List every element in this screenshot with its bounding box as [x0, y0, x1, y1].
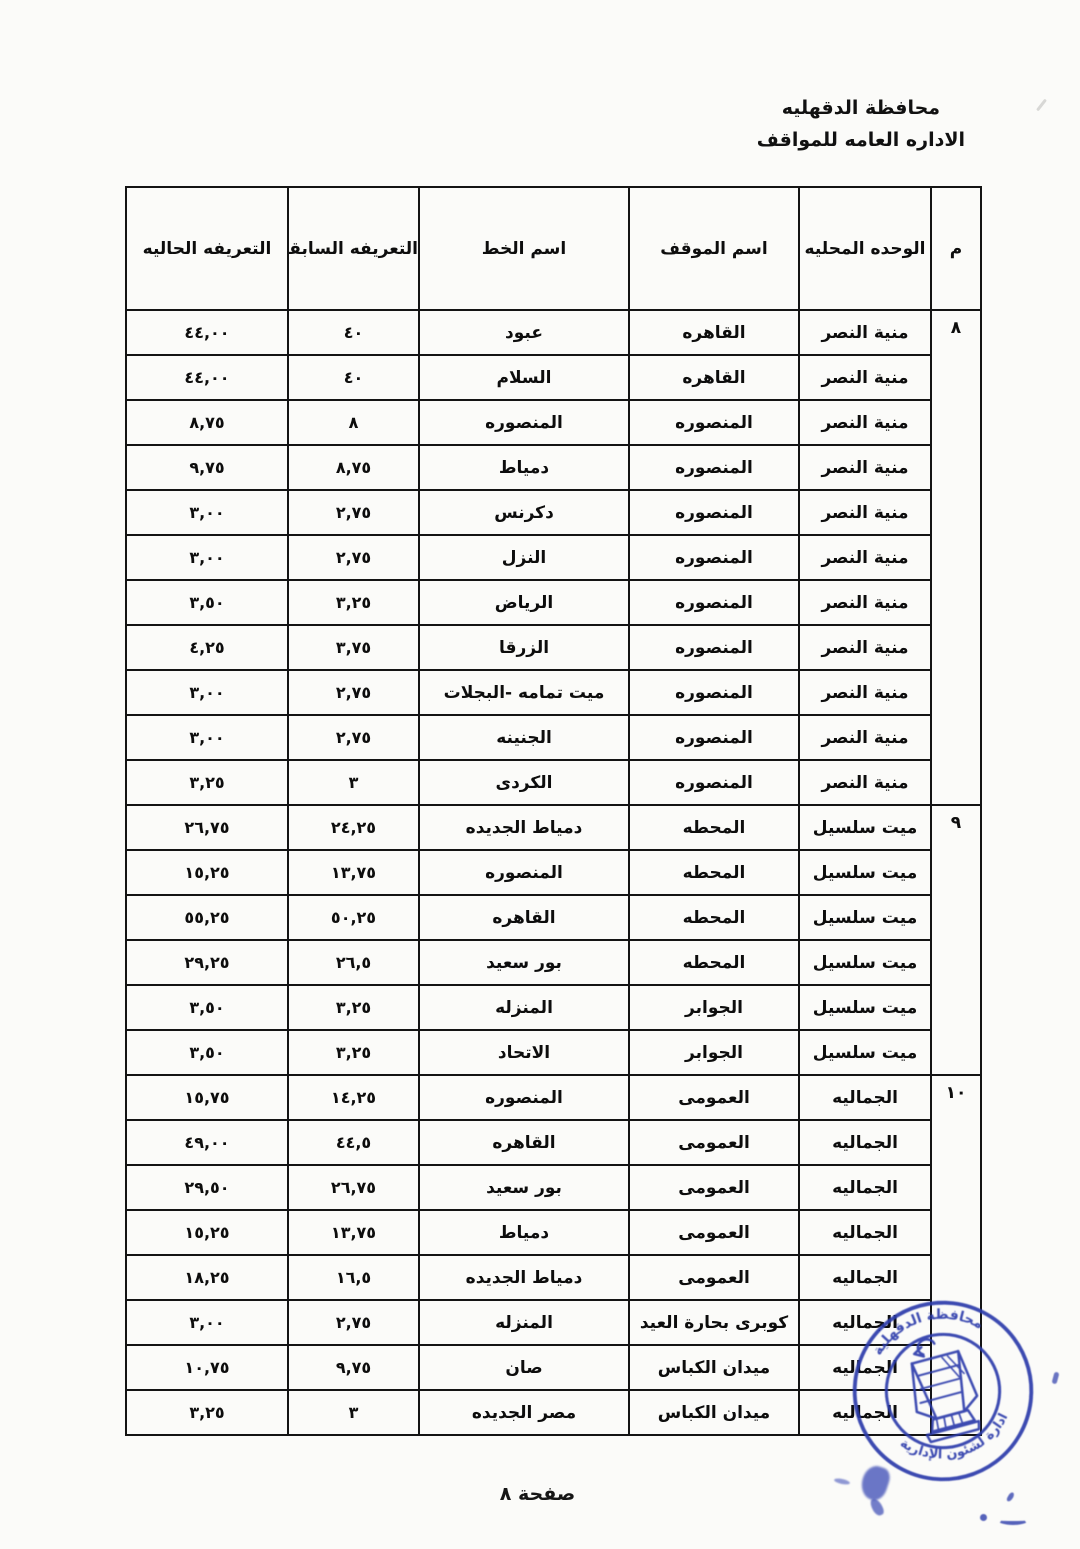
station-cell: المنصوره [629, 760, 799, 805]
curr-tariff-cell: ٣,٠٠ [126, 1300, 288, 1345]
curr-tariff-cell: ١٨,٢٥ [126, 1255, 288, 1300]
ink-smudge [1052, 1372, 1060, 1385]
unit-cell: ميت سلسيل [799, 895, 931, 940]
line-cell: دمياط [419, 1210, 629, 1255]
line-cell: مصر الجديده [419, 1390, 629, 1435]
scan-artifact [1036, 99, 1047, 112]
unit-cell: الجماليه [799, 1165, 931, 1210]
line-cell: الاتحاد [419, 1030, 629, 1075]
table-row: منية النصرالمنصورهالرياض٣,٢٥٣,٥٠ [126, 580, 981, 625]
unit-cell: منية النصر [799, 490, 931, 535]
station-cell: القاهره [629, 310, 799, 355]
prev-tariff-cell: ١٣,٧٥ [288, 1210, 419, 1255]
prev-tariff-cell: ٥٠,٢٥ [288, 895, 419, 940]
table-row: منية النصرالمنصورهميت تمامه -البجلات٢,٧٥… [126, 670, 981, 715]
ink-smudge [980, 1514, 987, 1521]
unit-cell: منية النصر [799, 400, 931, 445]
prev-tariff-cell: ٩,٧٥ [288, 1345, 419, 1390]
unit-cell: منية النصر [799, 535, 931, 580]
line-cell: دكرنس [419, 490, 629, 535]
table-row: الجماليهكوبرى بحارة العيدالمنزله٢,٧٥٣,٠٠ [126, 1300, 981, 1345]
page-number: صفحة ٨ [455, 1483, 620, 1505]
curr-tariff-cell: ١٥,٧٥ [126, 1075, 288, 1120]
unit-cell: الجماليه [799, 1120, 931, 1165]
col-header-line: اسم الخط [419, 187, 629, 310]
curr-tariff-cell: ٤,٢٥ [126, 625, 288, 670]
col-header-curr-tariff: التعريفه الحاليه [126, 187, 288, 310]
curr-tariff-cell: ٣,٥٠ [126, 1030, 288, 1075]
line-cell: ميت تمامه -البجلات [419, 670, 629, 715]
station-cell: ميدان الكباس [629, 1390, 799, 1435]
ink-smudge [998, 1516, 1028, 1525]
unit-cell: الجماليه [799, 1255, 931, 1300]
station-cell: العمومى [629, 1075, 799, 1120]
line-cell: بور سعيد [419, 1165, 629, 1210]
tariff-table-body: ٨منية النصرالقاهرهعبود٤٠٤٤,٠٠منية النصرا… [126, 310, 981, 1435]
line-cell: الجنينه [419, 715, 629, 760]
page-root: { "letterhead": { "line1": "محافظة الدقه… [0, 0, 1080, 1549]
table-row: منية النصرالمنصورهالنزل٢,٧٥٣,٠٠ [126, 535, 981, 580]
prev-tariff-cell: ١٤,٢٥ [288, 1075, 419, 1120]
table-row: ١٠الجماليهالعمومىالمنصوره١٤,٢٥١٥,٧٥ [126, 1075, 981, 1120]
curr-tariff-cell: ٣,٢٥ [126, 1390, 288, 1435]
curr-tariff-cell: ١٠,٧٥ [126, 1345, 288, 1390]
line-cell: المنزله [419, 985, 629, 1030]
curr-tariff-cell: ٤٤,٠٠ [126, 310, 288, 355]
unit-cell: منية النصر [799, 580, 931, 625]
table-row: ٨منية النصرالقاهرهعبود٤٠٤٤,٠٠ [126, 310, 981, 355]
prev-tariff-cell: ٢٦,٧٥ [288, 1165, 419, 1210]
unit-cell: منية النصر [799, 310, 931, 355]
curr-tariff-cell: ٣,٠٠ [126, 670, 288, 715]
table-row: منية النصرالمنصورهدمياط٨,٧٥٩,٧٥ [126, 445, 981, 490]
col-header-prev-tariff: التعريفه السابقه [288, 187, 419, 310]
prev-tariff-cell: ٢٦,٥ [288, 940, 419, 985]
letterhead: محافظة الدقهليه الاداره العامه للمواقف [757, 92, 965, 157]
station-cell: العمومى [629, 1165, 799, 1210]
prev-tariff-cell: ٢,٧٥ [288, 670, 419, 715]
unit-cell: الجماليه [799, 1300, 931, 1345]
prev-tariff-cell: ٣,٢٥ [288, 985, 419, 1030]
curr-tariff-cell: ٢٦,٧٥ [126, 805, 288, 850]
station-cell: المنصوره [629, 535, 799, 580]
curr-tariff-cell: ٨,٧٥ [126, 400, 288, 445]
line-cell: الزرقا [419, 625, 629, 670]
prev-tariff-cell: ٤٠ [288, 310, 419, 355]
station-cell: المنصوره [629, 445, 799, 490]
station-cell: الجوابر [629, 1030, 799, 1075]
station-cell: المحطه [629, 895, 799, 940]
unit-cell: الجماليه [799, 1075, 931, 1120]
line-cell: عبود [419, 310, 629, 355]
line-cell: المنصوره [419, 1075, 629, 1120]
unit-cell: منية النصر [799, 715, 931, 760]
curr-tariff-cell: ٩,٧٥ [126, 445, 288, 490]
station-cell: العمومى [629, 1210, 799, 1255]
prev-tariff-cell: ١٣,٧٥ [288, 850, 419, 895]
station-cell: المنصوره [629, 490, 799, 535]
table-row: منية النصرالمنصورهالمنصوره٨٨,٧٥ [126, 400, 981, 445]
station-cell: ميدان الكباس [629, 1345, 799, 1390]
curr-tariff-cell: ٣,٠٠ [126, 535, 288, 580]
curr-tariff-cell: ٤٤,٠٠ [126, 355, 288, 400]
line-cell: المنزله [419, 1300, 629, 1345]
line-cell: المنصوره [419, 850, 629, 895]
table-row: الجماليهالعمومىالقاهره٤٤,٥٤٩,٠٠ [126, 1120, 981, 1165]
table-row: منية النصرالمنصورهالزرقا٣,٧٥٤,٢٥ [126, 625, 981, 670]
prev-tariff-cell: ٣ [288, 760, 419, 805]
line-cell: الكردى [419, 760, 629, 805]
line-cell: دمياط الجديده [419, 805, 629, 850]
prev-tariff-cell: ٢,٧٥ [288, 1300, 419, 1345]
table-row: الجماليهالعمومىدمياط الجديده١٦,٥١٨,٢٥ [126, 1255, 981, 1300]
table-row: الجماليهالعمومىدمياط١٣,٧٥١٥,٢٥ [126, 1210, 981, 1255]
prev-tariff-cell: ٤٠ [288, 355, 419, 400]
station-cell: المحطه [629, 850, 799, 895]
unit-cell: منية النصر [799, 670, 931, 715]
table-header-row: م الوحده المحليه اسم الموقف اسم الخط الت… [126, 187, 981, 310]
station-cell: المحطه [629, 805, 799, 850]
curr-tariff-cell: ٢٩,٥٠ [126, 1165, 288, 1210]
prev-tariff-cell: ٢٤,٢٥ [288, 805, 419, 850]
curr-tariff-cell: ٢٩,٢٥ [126, 940, 288, 985]
scanned-document-page: محافظة الدقهليه الاداره العامه للمواقف م… [0, 0, 1080, 1549]
line-cell: المنصوره [419, 400, 629, 445]
unit-cell: منية النصر [799, 760, 931, 805]
line-cell: دمياط [419, 445, 629, 490]
table-row: ميت سلسيلالمحطهبور سعيد٢٦,٥٢٩,٢٥ [126, 940, 981, 985]
line-cell: دمياط الجديده [419, 1255, 629, 1300]
station-cell: المنصوره [629, 580, 799, 625]
curr-tariff-cell: ٣,٠٠ [126, 715, 288, 760]
station-cell: العمومى [629, 1120, 799, 1165]
unit-cell: ميت سلسيل [799, 940, 931, 985]
unit-cell: ميت سلسيل [799, 850, 931, 895]
table-row: منية النصرالمنصورهالجنينه٢,٧٥٣,٠٠ [126, 715, 981, 760]
curr-tariff-cell: ٣,٠٠ [126, 490, 288, 535]
letterhead-department: الاداره العامه للمواقف [757, 124, 965, 156]
table-row: منية النصرالقاهرهالسلام٤٠٤٤,٠٠ [126, 355, 981, 400]
unit-cell: منية النصر [799, 625, 931, 670]
prev-tariff-cell: ٢,٧٥ [288, 535, 419, 580]
unit-cell: الجماليه [799, 1210, 931, 1255]
line-cell: بور سعيد [419, 940, 629, 985]
station-cell: المحطه [629, 940, 799, 985]
station-cell: كوبرى بحارة العيد [629, 1300, 799, 1345]
table-row: ميت سلسيلالجوابرالمنزله٣,٢٥٣,٥٠ [126, 985, 981, 1030]
table-row: الجماليهالعمومىبور سعيد٢٦,٧٥٢٩,٥٠ [126, 1165, 981, 1210]
prev-tariff-cell: ٨ [288, 400, 419, 445]
col-header-serial: م [931, 187, 981, 310]
prev-tariff-cell: ٣,٢٥ [288, 580, 419, 625]
unit-cell: الجماليه [799, 1345, 931, 1390]
tariff-table-container: م الوحده المحليه اسم الموقف اسم الخط الت… [127, 186, 982, 1436]
prev-tariff-cell: ١٦,٥ [288, 1255, 419, 1300]
line-cell: النزل [419, 535, 629, 580]
curr-tariff-cell: ٣,٥٠ [126, 580, 288, 625]
unit-cell: الجماليه [799, 1390, 931, 1435]
curr-tariff-cell: ٣,٢٥ [126, 760, 288, 805]
station-cell: الجوابر [629, 985, 799, 1030]
line-cell: القاهره [419, 1120, 629, 1165]
unit-cell: منية النصر [799, 355, 931, 400]
station-cell: المنصوره [629, 670, 799, 715]
table-row: ٩ميت سلسيلالمحطهدمياط الجديده٢٤,٢٥٢٦,٧٥ [126, 805, 981, 850]
line-cell: صان [419, 1345, 629, 1390]
prev-tariff-cell: ٣,٧٥ [288, 625, 419, 670]
col-header-station: اسم الموقف [629, 187, 799, 310]
prev-tariff-cell: ٢,٧٥ [288, 490, 419, 535]
unit-cell: ميت سلسيل [799, 1030, 931, 1075]
table-row: ميت سلسيلالمحطهالمنصوره١٣,٧٥١٥,٢٥ [126, 850, 981, 895]
prev-tariff-cell: ٣ [288, 1390, 419, 1435]
unit-cell: ميت سلسيل [799, 985, 931, 1030]
serial-cell: ٩ [931, 805, 981, 1075]
table-row: الجماليهميدان الكباسصان٩,٧٥١٠,٧٥ [126, 1345, 981, 1390]
station-cell: العمومى [629, 1255, 799, 1300]
ink-smudge [869, 1497, 886, 1518]
curr-tariff-cell: ٤٩,٠٠ [126, 1120, 288, 1165]
curr-tariff-cell: ١٥,٢٥ [126, 1210, 288, 1255]
unit-cell: ميت سلسيل [799, 805, 931, 850]
table-row: ميت سلسيلالجوابرالاتحاد٣,٢٥٣,٥٠ [126, 1030, 981, 1075]
tariff-table: م الوحده المحليه اسم الموقف اسم الخط الت… [125, 186, 982, 1436]
station-cell: المنصوره [629, 715, 799, 760]
table-row: ميت سلسيلالمحطهالقاهره٥٠,٢٥٥٥,٢٥ [126, 895, 981, 940]
letterhead-governorate: محافظة الدقهليه [757, 92, 965, 124]
serial-cell: ١٠ [931, 1075, 981, 1435]
curr-tariff-cell: ١٥,٢٥ [126, 850, 288, 895]
station-cell: المنصوره [629, 400, 799, 445]
table-row: منية النصرالمنصورهالكردى٣٣,٢٥ [126, 760, 981, 805]
line-cell: القاهره [419, 895, 629, 940]
line-cell: الرياض [419, 580, 629, 625]
station-cell: المنصوره [629, 625, 799, 670]
table-row: الجماليهميدان الكباسمصر الجديده٣٣,٢٥ [126, 1390, 981, 1435]
serial-cell: ٨ [931, 310, 981, 805]
col-header-unit: الوحده المحليه [799, 187, 931, 310]
table-row: منية النصرالمنصورهدكرنس٢,٧٥٣,٠٠ [126, 490, 981, 535]
ink-smudge [1006, 1491, 1015, 1502]
station-cell: القاهره [629, 355, 799, 400]
prev-tariff-cell: ٨,٧٥ [288, 445, 419, 490]
prev-tariff-cell: ٢,٧٥ [288, 715, 419, 760]
prev-tariff-cell: ٤٤,٥ [288, 1120, 419, 1165]
line-cell: السلام [419, 355, 629, 400]
prev-tariff-cell: ٣,٢٥ [288, 1030, 419, 1075]
curr-tariff-cell: ٣,٥٠ [126, 985, 288, 1030]
unit-cell: منية النصر [799, 445, 931, 490]
curr-tariff-cell: ٥٥,٢٥ [126, 895, 288, 940]
ink-smudge [857, 1463, 892, 1503]
ink-smudge [834, 1477, 851, 1485]
